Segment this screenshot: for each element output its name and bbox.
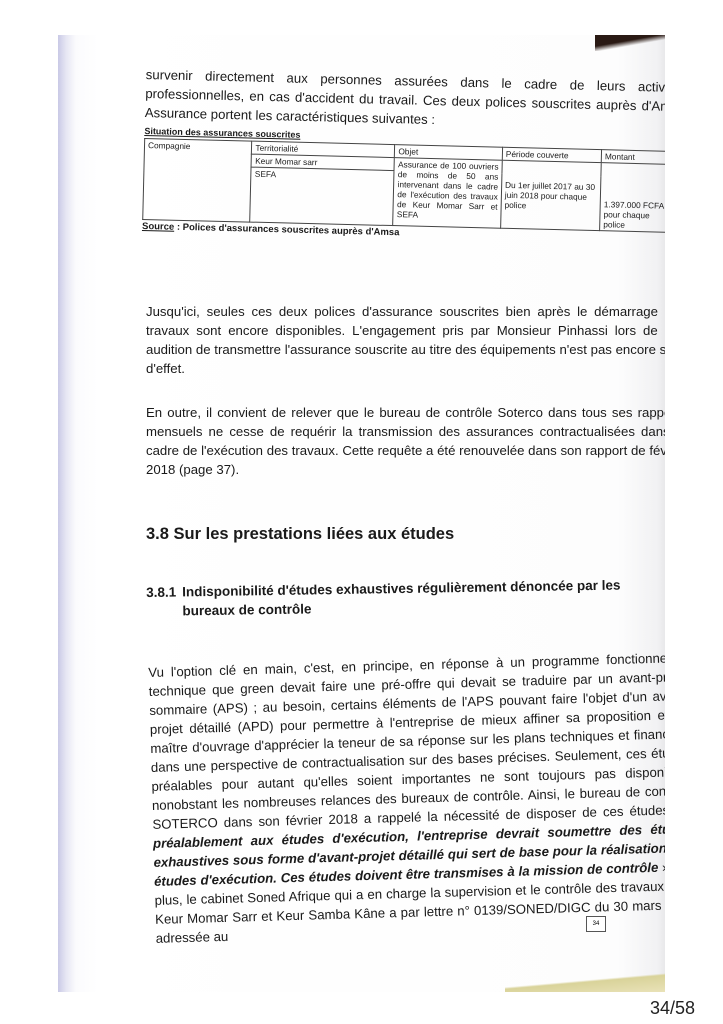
page-counter: 34/58 (650, 998, 695, 1019)
paragraph-4: Vu l'option clé en main, c'est, en princ… (148, 648, 665, 948)
source-label: Source (142, 221, 174, 233)
section-heading: 3.8 Sur les prestations liées aux études (146, 525, 665, 544)
subsection-number: 3.8.1 (146, 582, 182, 602)
paragraph-3: En outre, il convient de relever que le … (146, 403, 665, 479)
scanned-page-photo: survenir directement aux personnes assur… (58, 35, 665, 992)
paragraph-4-text-1: Vu l'option clé en main, c'est, en princ… (148, 650, 665, 832)
paragraph-4-quote: préalablement aux études d'exécution, l'… (153, 821, 665, 889)
printed-page-number: 34 (586, 916, 606, 932)
cell-territorialite-2: SEFA (250, 167, 394, 225)
subsection-heading: 3.8.1Indisponibilité d'études exhaustive… (146, 575, 665, 621)
paragraph-2: Jusqu'ici, seules ces deux polices d'ass… (146, 302, 665, 378)
paragraph-intro: survenir directement aux personnes assur… (145, 65, 665, 135)
header-compagnie: Compagnie (143, 138, 252, 222)
page-shadow (595, 35, 665, 51)
cell-montant: 1.397.000 FCFA pour chaque police (600, 163, 665, 233)
cell-objet: Assurance de 100 ouvriers de moins de 50… (393, 158, 502, 229)
insurance-table: Compagnie Territorialité Objet Période c… (142, 138, 665, 233)
cell-periode: Du 1er juillet 2017 au 30 juin 2018 pour… (501, 160, 602, 230)
page-edge (505, 964, 665, 992)
